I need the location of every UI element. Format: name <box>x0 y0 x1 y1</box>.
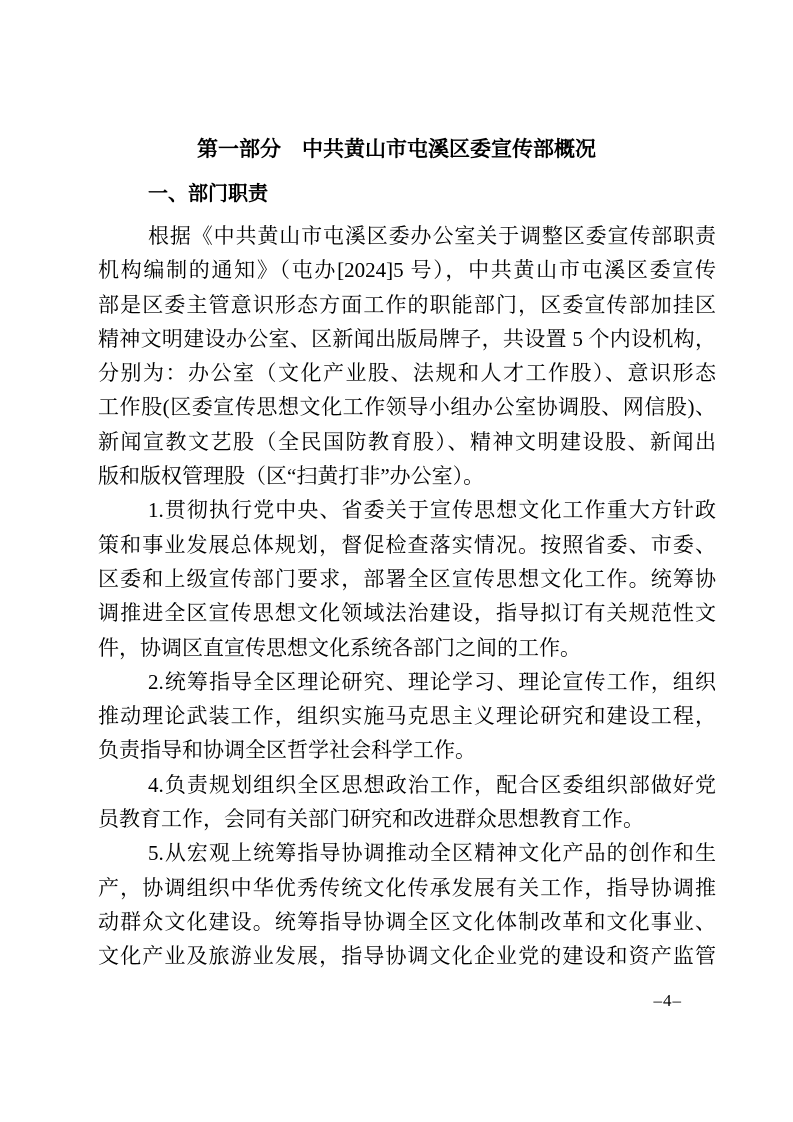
text-line: 新闻宣教文艺股（全民国防教育股）、精神文明建设股、新闻出 <box>98 425 716 459</box>
text-line: 根据《中共黄山市屯溪区委办公室关于调整区委宣传部职责 <box>98 219 716 253</box>
text-line: 版和版权管理股（区“扫黄打非”办公室）。 <box>98 459 716 493</box>
text-line: 精神文明建设办公室、区新闻出版局牌子，共设置 5 个内设机构， <box>98 322 716 356</box>
text-line: 部是区委主管意识形态方面工作的职能部门，区委宣传部加挂区 <box>98 288 716 322</box>
paragraph: 根据《中共黄山市屯溪区委办公室关于调整区委宣传部职责机构编制的通知》（屯办[20… <box>98 219 716 493</box>
body-text: 根据《中共黄山市屯溪区委办公室关于调整区委宣传部职责机构编制的通知》（屯办[20… <box>98 219 716 974</box>
text-line: 工作股(区委宣传思想文化工作领导小组办公室协调股、网信股)、 <box>98 390 716 424</box>
text-line: 5.从宏观上统筹指导协调推动全区精神文化产品的创作和生 <box>98 836 716 870</box>
text-line: 动群众文化建设。统筹指导协调全区文化体制改革和文化事业、 <box>98 905 716 939</box>
text-line: 机构编制的通知》（屯办[2024]5 号），中共黄山市屯溪区委宣传 <box>98 253 716 287</box>
text-line: 产，协调组织中华优秀传统文化传承发展有关工作，指导协调推 <box>98 871 716 905</box>
text-line: 2.统筹指导全区理论研究、理论学习、理论宣传工作，组织 <box>98 665 716 699</box>
page-title: 第一部分 中共黄山市屯溪区委宣传部概况 <box>0 136 793 163</box>
text-line: 员教育工作，会同有关部门研究和改进群众思想教育工作。 <box>98 802 716 836</box>
text-line: 件，协调区直宣传思想文化系统各部门之间的工作。 <box>98 631 716 665</box>
text-line: 策和事业发展总体规划，督促检查落实情况。按照省委、市委、 <box>98 528 716 562</box>
paragraph: 5.从宏观上统筹指导协调推动全区精神文化产品的创作和生产，协调组织中华优秀传统文… <box>98 836 716 973</box>
text-line: 分别为：办公室（文化产业股、法规和人才工作股）、意识形态 <box>98 356 716 390</box>
text-line: 调推进全区宣传思想文化领域法治建设，指导拟订有关规范性文 <box>98 596 716 630</box>
document-page: 第一部分 中共黄山市屯溪区委宣传部概况 一、部门职责 根据《中共黄山市屯溪区委办… <box>0 0 793 1122</box>
text-line: 4.负责规划组织全区思想政治工作，配合区委组织部做好党 <box>98 768 716 802</box>
text-line: 负责指导和协调全区哲学社会科学工作。 <box>98 733 716 767</box>
text-line: 推动理论武装工作，组织实施马克思主义理论研究和建设工程， <box>98 699 716 733</box>
paragraph: 2.统筹指导全区理论研究、理论学习、理论宣传工作，组织推动理论武装工作，组织实施… <box>98 665 716 768</box>
section-heading: 一、部门职责 <box>148 181 268 207</box>
paragraph: 1.贯彻执行党中央、省委关于宣传思想文化工作重大方针政策和事业发展总体规划，督促… <box>98 493 716 664</box>
text-line: 文化产业及旅游业发展，指导协调文化企业党的建设和资产监管 <box>98 939 716 973</box>
paragraph: 4.负责规划组织全区思想政治工作，配合区委组织部做好党员教育工作，会同有关部门研… <box>98 768 716 837</box>
text-line: 1.贯彻执行党中央、省委关于宣传思想文化工作重大方针政 <box>98 493 716 527</box>
page-number: –4– <box>654 991 683 1011</box>
text-line: 区委和上级宣传部门要求，部署全区宣传思想文化工作。统筹协 <box>98 562 716 596</box>
